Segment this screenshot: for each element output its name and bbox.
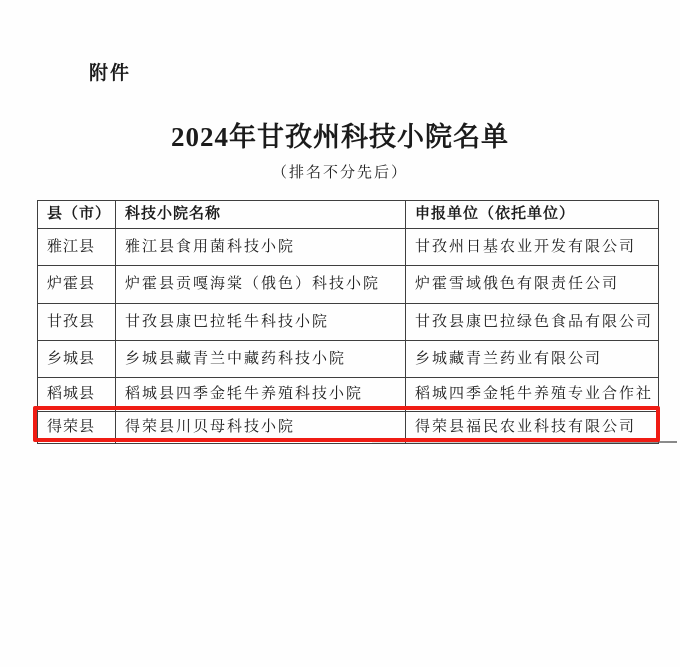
listing-table: 县（市） 科技小院名称 申报单位（依托单位） 雅江县 雅江县食用菌科技小院 甘孜… — [37, 200, 659, 444]
unit-cell: 稻城四季金牦牛养殖专业合作社 — [406, 378, 659, 412]
page-subtitle: （排名不分先后） — [0, 161, 680, 182]
station-name-cell: 雅江县食用菌科技小院 — [116, 229, 406, 266]
table-row: 乡城县 乡城县藏青兰中藏药科技小院 乡城藏青兰药业有限公司 — [38, 341, 659, 378]
county-cell: 炉霍县 — [38, 266, 116, 304]
station-name-cell: 甘孜县康巴拉牦牛科技小院 — [116, 304, 406, 341]
station-name-cell: 炉霍县贡嘎海棠（俄色）科技小院 — [116, 266, 406, 304]
table-header-row: 县（市） 科技小院名称 申报单位（依托单位） — [38, 201, 659, 229]
unit-cell: 甘孜县康巴拉绿色食品有限公司 — [406, 304, 659, 341]
unit-cell: 甘孜州日基农业开发有限公司 — [406, 229, 659, 266]
county-cell: 乡城县 — [38, 341, 116, 378]
table-row-highlighted: 得荣县 得荣县川贝母科技小院 得荣县福民农业科技有限公司 — [38, 412, 659, 444]
header-cell-county: 县（市） — [38, 201, 116, 229]
unit-cell: 乡城藏青兰药业有限公司 — [406, 341, 659, 378]
county-cell: 得荣县 — [38, 412, 116, 444]
header-cell-station-name: 科技小院名称 — [116, 201, 406, 229]
header-cell-unit: 申报单位（依托单位） — [406, 201, 659, 229]
unit-cell: 炉霍雪域俄色有限责任公司 — [406, 266, 659, 304]
table-row: 甘孜县 甘孜县康巴拉牦牛科技小院 甘孜县康巴拉绿色食品有限公司 — [38, 304, 659, 341]
table-row: 雅江县 雅江县食用菌科技小院 甘孜州日基农业开发有限公司 — [38, 229, 659, 266]
station-name-cell: 乡城县藏青兰中藏药科技小院 — [116, 341, 406, 378]
attachment-label: 附件 — [89, 58, 131, 85]
county-cell: 甘孜县 — [38, 304, 116, 341]
station-name-cell: 稻城县四季金牦牛养殖科技小院 — [116, 378, 406, 412]
table-row: 稻城县 稻城县四季金牦牛养殖科技小院 稻城四季金牦牛养殖专业合作社 — [38, 378, 659, 412]
page-title: 2024年甘孜州科技小院名单 — [0, 115, 680, 154]
station-name-cell: 得荣县川贝母科技小院 — [116, 412, 406, 444]
county-cell: 稻城县 — [38, 378, 116, 412]
unit-cell: 得荣县福民农业科技有限公司 — [406, 412, 659, 444]
table-row: 炉霍县 炉霍县贡嘎海棠（俄色）科技小院 炉霍雪域俄色有限责任公司 — [38, 266, 659, 304]
county-cell: 雅江县 — [38, 229, 116, 266]
